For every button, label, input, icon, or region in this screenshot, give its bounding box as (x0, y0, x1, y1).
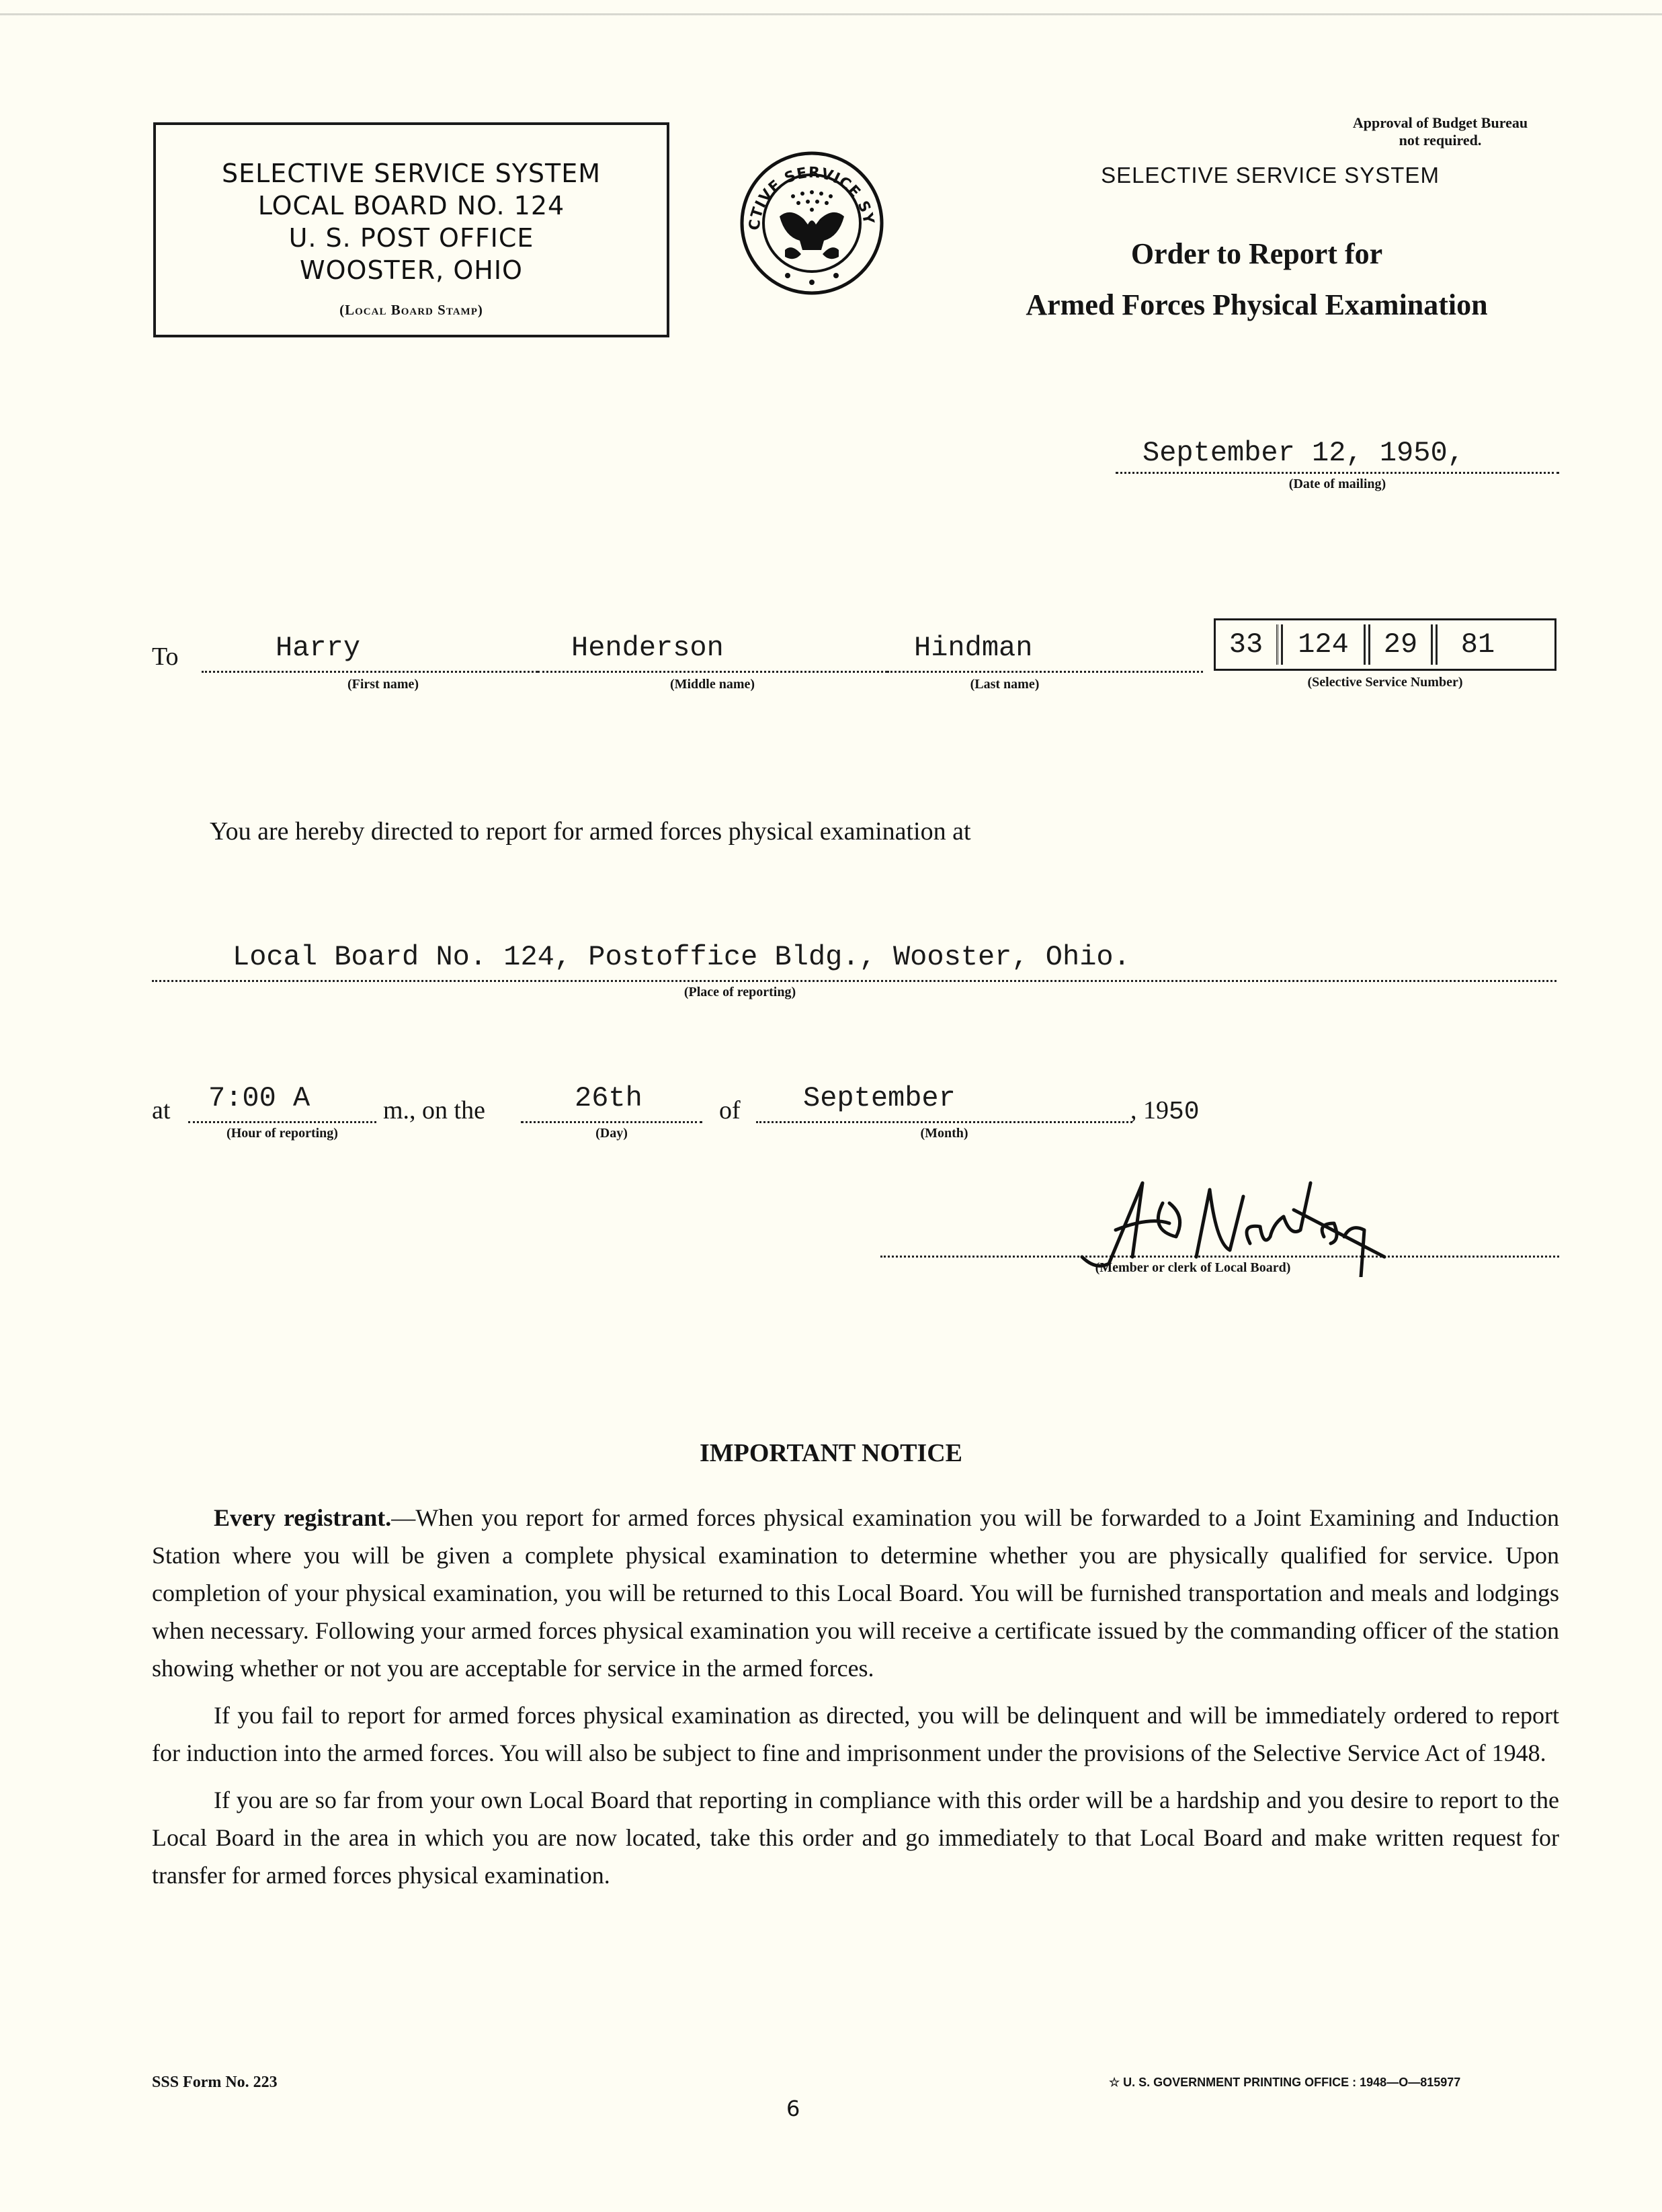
hour-field: 7:00 A (Hour of reporting) (188, 1082, 376, 1141)
form-title-line: Armed Forces Physical Examination (941, 280, 1573, 331)
middle-name-caption: (Middle name) (538, 677, 887, 692)
year-suffix: 50 (1169, 1098, 1200, 1127)
place-of-reporting-value: Local Board No. 124, Postoffice Bldg., W… (152, 941, 1556, 982)
place-of-reporting-field: Local Board No. 124, Postoffice Bldg., W… (152, 941, 1556, 1000)
ss-number-part: 29 (1370, 628, 1431, 661)
ss-number-part: 124 (1283, 628, 1364, 661)
ss-number-caption: (Selective Service Number) (1214, 675, 1556, 690)
first-name-field: Harry (First name) (202, 632, 538, 692)
first-name-value: Harry (202, 632, 538, 673)
month-caption: (Month) (756, 1126, 1132, 1141)
eagle-seal-icon: SELECTIVE SERVICE SYSTEM (738, 149, 886, 297)
last-name-caption: (Last name) (887, 677, 1203, 692)
selective-service-number-field: 33 124 29 81 (Selective Service Number) (1214, 618, 1556, 690)
signature-area: H W Norton (880, 1163, 1559, 1256)
ss-separator (1364, 624, 1370, 665)
signature-icon (1069, 1163, 1418, 1277)
year-prefix: , 19 (1130, 1096, 1169, 1124)
svg-text:SELECTIVE SERVICE SYSTEM: SELECTIVE SERVICE SYSTEM (738, 149, 877, 231)
to-label: To (152, 642, 179, 671)
local-board-stamp: SELECTIVE SERVICE SYSTEM LOCAL BOARD NO.… (153, 122, 669, 337)
date-of-mailing-value: September 12, 1950, (1116, 437, 1559, 474)
scan-edge (0, 13, 1662, 15)
approval-line: not required. (1319, 132, 1561, 149)
day-caption: (Day) (521, 1126, 702, 1141)
stamp-line: U. S. POST OFFICE (156, 222, 667, 254)
budget-approval-note: Approval of Budget Bureau not required. (1319, 114, 1561, 149)
signature-field: H W Norton (Member or clerk of Local Boa… (880, 1163, 1559, 1276)
agency-title: SELECTIVE SERVICE SYSTEM (1035, 163, 1505, 188)
printer-imprint: ☆ U. S. GOVERNMENT PRINTING OFFICE : 194… (1109, 2076, 1460, 2090)
notice-heading: IMPORTANT NOTICE (0, 1438, 1662, 1468)
day-value: 26th (521, 1082, 702, 1123)
stamp-line: SELECTIVE SERVICE SYSTEM (156, 157, 667, 190)
last-name-field: Hindman (Last name) (887, 632, 1203, 692)
stamp-caption: (Local Board Stamp) (156, 302, 667, 319)
year-field: , 1950 (1130, 1096, 1200, 1127)
date-of-mailing-field: September 12, 1950, (Date of mailing) (1116, 437, 1559, 492)
month-value: September (756, 1082, 1132, 1123)
of-label: of (719, 1096, 741, 1125)
ss-number-box: 33 124 29 81 (1214, 618, 1556, 671)
ss-number-part: 81 (1438, 628, 1518, 661)
notice-paragraph: If you are so far from your own Local Bo… (152, 1781, 1559, 1894)
notice-paragraph: Every registrant.—When you report for ar… (152, 1499, 1559, 1687)
place-of-reporting-caption: (Place of reporting) (152, 985, 1556, 1000)
form-number: SSS Form No. 223 (152, 2074, 278, 2092)
notice-lead: Every registrant. (214, 1504, 391, 1531)
middle-name-field: Henderson (Middle name) (538, 632, 887, 692)
page-number: 6 (786, 2096, 800, 2121)
approval-line: Approval of Budget Bureau (1319, 114, 1561, 132)
m-label: m., on the (383, 1096, 485, 1125)
notice-paragraph: If you fail to report for armed forces p… (152, 1696, 1559, 1772)
hour-caption: (Hour of reporting) (188, 1126, 376, 1141)
ss-separator (1431, 624, 1438, 665)
date-of-mailing-caption: (Date of mailing) (1116, 477, 1559, 492)
form-title: Order to Report for Armed Forces Physica… (941, 229, 1573, 331)
hour-value: 7:00 A (188, 1082, 376, 1123)
form-title-line: Order to Report for (941, 229, 1573, 280)
stamp-line: LOCAL BOARD NO. 124 (156, 190, 667, 222)
stamp-line: WOOSTER, OHIO (156, 254, 667, 286)
at-label: at (152, 1096, 170, 1125)
day-field: 26th (Day) (521, 1082, 702, 1141)
month-field: September (Month) (756, 1082, 1132, 1141)
ss-separator (1276, 624, 1283, 665)
middle-name-value: Henderson (538, 632, 887, 673)
ss-number-part: 33 (1216, 628, 1276, 661)
last-name-value: Hindman (887, 632, 1203, 673)
directive-text: You are hereby directed to report for ar… (210, 817, 971, 846)
notice-body: Every registrant.—When you report for ar… (152, 1499, 1559, 1903)
first-name-caption: (First name) (202, 677, 538, 692)
